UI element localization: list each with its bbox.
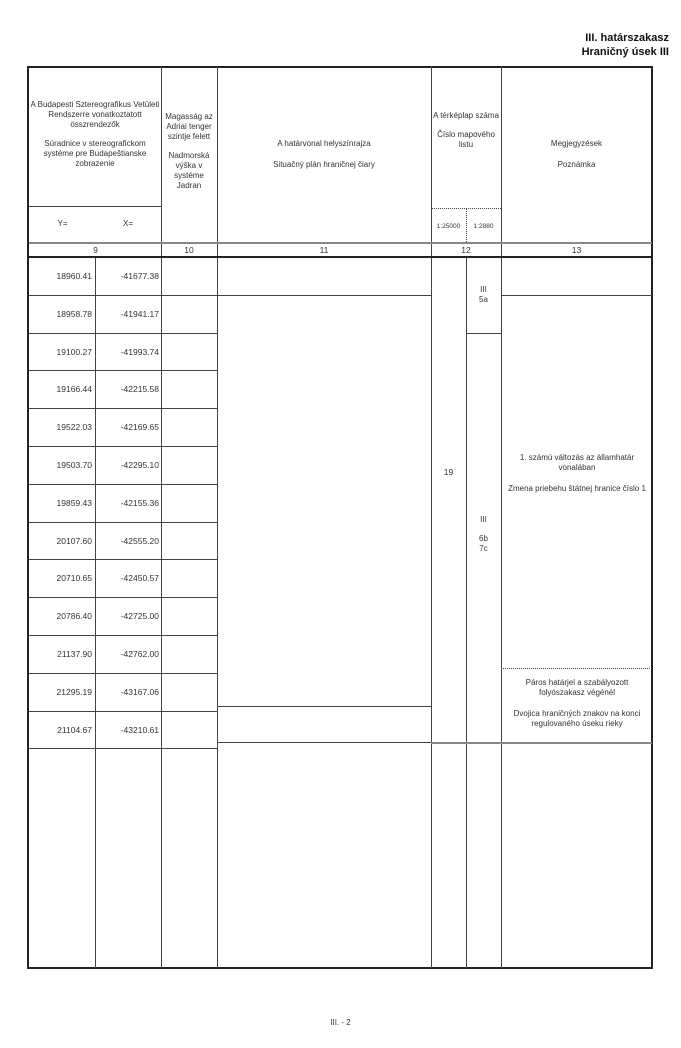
cell-y: 20786.40 bbox=[30, 611, 92, 621]
row-divider bbox=[29, 333, 217, 334]
row-divider bbox=[29, 522, 217, 523]
col9-x-label: X= bbox=[95, 219, 161, 229]
cell-y: 19859.43 bbox=[30, 498, 92, 508]
cell-y: 18960.41 bbox=[30, 271, 92, 281]
note-1: 1. számú változás az államhatár vonalába… bbox=[503, 453, 651, 494]
section-title: III. határszakasz Hraničný úsek III bbox=[582, 31, 669, 59]
col13-header-sk: Poznámka bbox=[501, 160, 652, 170]
col9-y-label: Y= bbox=[30, 219, 95, 229]
header-divider bbox=[29, 206, 161, 207]
col11-header-sk: Situačný plán hraničnej čiary bbox=[217, 160, 431, 170]
page-number: III. - 2 bbox=[0, 1018, 681, 1027]
col13-header: Megjegyzések Poznámka bbox=[501, 139, 652, 170]
map-sheet-group2-roman: III bbox=[466, 515, 501, 525]
sheet-divider bbox=[501, 742, 652, 744]
col12-scale-25000: 1:25000 bbox=[431, 222, 466, 232]
header-divider bbox=[431, 208, 501, 209]
col13-number: 13 bbox=[501, 245, 652, 255]
map-sheet-group1-roman: III bbox=[466, 285, 501, 295]
row-divider bbox=[29, 711, 217, 712]
cell-x: -42762.00 bbox=[95, 649, 159, 659]
col9-header: A Budapesti Sztereografikus Vetületi Ren… bbox=[30, 100, 160, 169]
note-1-sk: Zmena priebehu štátnej hranice číslo 1 bbox=[503, 484, 651, 494]
boundary-table bbox=[27, 66, 653, 969]
row-divider bbox=[29, 408, 217, 409]
map-sheet-25000: 19 bbox=[431, 467, 466, 477]
plan-divider bbox=[217, 706, 431, 707]
cell-x: -42555.20 bbox=[95, 536, 159, 546]
sheet-divider bbox=[501, 668, 652, 669]
col13-header-hu: Megjegyzések bbox=[501, 139, 652, 149]
col12-scale-2880: 1:2880 bbox=[466, 222, 501, 232]
col9-header-sk: Súradnice v stereografickom systéme pre … bbox=[30, 139, 160, 169]
note-2-hu: Páros határjel a szabályozott folyószaka… bbox=[503, 678, 651, 698]
row-divider bbox=[29, 484, 217, 485]
cell-x: -42169.65 bbox=[95, 422, 159, 432]
map-sheet-group2-sheet2: 7c bbox=[466, 544, 501, 554]
note-2-sk: Dvojica hraničných znakov na konci regul… bbox=[503, 709, 651, 729]
row-divider bbox=[29, 370, 217, 371]
sheet-divider bbox=[501, 295, 652, 296]
cell-y: 19503.70 bbox=[30, 460, 92, 470]
cell-x: -41677.38 bbox=[95, 271, 159, 281]
cell-x: -43167.06 bbox=[95, 687, 159, 697]
plan-divider bbox=[217, 295, 431, 296]
cell-x: -42450.57 bbox=[95, 573, 159, 583]
map-sheet-group2-sheet1: 6b bbox=[466, 534, 501, 544]
col-divider bbox=[501, 66, 502, 968]
row-divider bbox=[29, 559, 217, 560]
col11-header-hu: A határvonal helyszínrajza bbox=[217, 139, 431, 149]
cell-y: 21137.90 bbox=[30, 649, 92, 659]
note-2: Páros határjel a szabályozott folyószaka… bbox=[503, 678, 651, 729]
map-sheet-group1-sheet: 5a bbox=[466, 295, 501, 305]
row-divider bbox=[29, 635, 217, 636]
col12-header: A térképlap száma Číslo mapového listu bbox=[431, 111, 501, 150]
col10-number: 10 bbox=[161, 245, 217, 255]
cell-y: 19100.27 bbox=[30, 347, 92, 357]
header-divider bbox=[29, 256, 652, 258]
plan-divider bbox=[217, 742, 431, 743]
row-divider bbox=[29, 748, 217, 749]
cell-y: 20107.60 bbox=[30, 536, 92, 546]
col-divider bbox=[217, 66, 218, 968]
cell-x: -42215.58 bbox=[95, 384, 159, 394]
cell-x: -42295.10 bbox=[95, 460, 159, 470]
section-title-sk: Hraničný úsek III bbox=[582, 45, 669, 59]
cell-x: -43210.61 bbox=[95, 725, 159, 735]
header-divider bbox=[29, 242, 652, 244]
col9-number: 9 bbox=[30, 245, 161, 255]
col-divider bbox=[466, 257, 467, 968]
col12-number: 12 bbox=[431, 245, 501, 255]
col12-header-hu: A térképlap száma bbox=[431, 111, 501, 121]
cell-x: -42155.36 bbox=[95, 498, 159, 508]
col11-number: 11 bbox=[217, 245, 431, 255]
sheet-divider bbox=[466, 333, 501, 334]
cell-x: -41993.74 bbox=[95, 347, 159, 357]
section-title-hu: III. határszakasz bbox=[582, 31, 669, 45]
cell-y: 18958.78 bbox=[30, 309, 92, 319]
cell-x: -42725.00 bbox=[95, 611, 159, 621]
row-divider bbox=[29, 673, 217, 674]
col10-header-sk: Nadmorská výška v systéme Jadran bbox=[161, 151, 217, 191]
col10-header: Magasság az Adriai tenger szintje felett… bbox=[161, 112, 217, 191]
col-divider bbox=[431, 66, 432, 968]
cell-y: 20710.65 bbox=[30, 573, 92, 583]
map-sheet-group1: III 5a bbox=[466, 285, 501, 305]
row-divider bbox=[29, 597, 217, 598]
cell-x: -41941.17 bbox=[95, 309, 159, 319]
row-divider bbox=[29, 446, 217, 447]
col-divider bbox=[161, 66, 162, 968]
cell-y: 21104.67 bbox=[30, 725, 92, 735]
col9-header-hu: A Budapesti Sztereografikus Vetületi Ren… bbox=[30, 100, 160, 130]
map-sheet-group2: III 6b 7c bbox=[466, 515, 501, 554]
cell-y: 19166.44 bbox=[30, 384, 92, 394]
note-1-hu: 1. számú változás az államhatár vonalába… bbox=[503, 453, 651, 473]
col10-header-hu: Magasság az Adriai tenger szintje felett bbox=[161, 112, 217, 142]
cell-y: 19522.03 bbox=[30, 422, 92, 432]
cell-y: 21295.19 bbox=[30, 687, 92, 697]
col11-header: A határvonal helyszínrajza Situačný plán… bbox=[217, 139, 431, 170]
row-divider bbox=[29, 295, 217, 296]
sheet-divider bbox=[431, 742, 501, 744]
col12-header-sk: Číslo mapového listu bbox=[431, 130, 501, 150]
